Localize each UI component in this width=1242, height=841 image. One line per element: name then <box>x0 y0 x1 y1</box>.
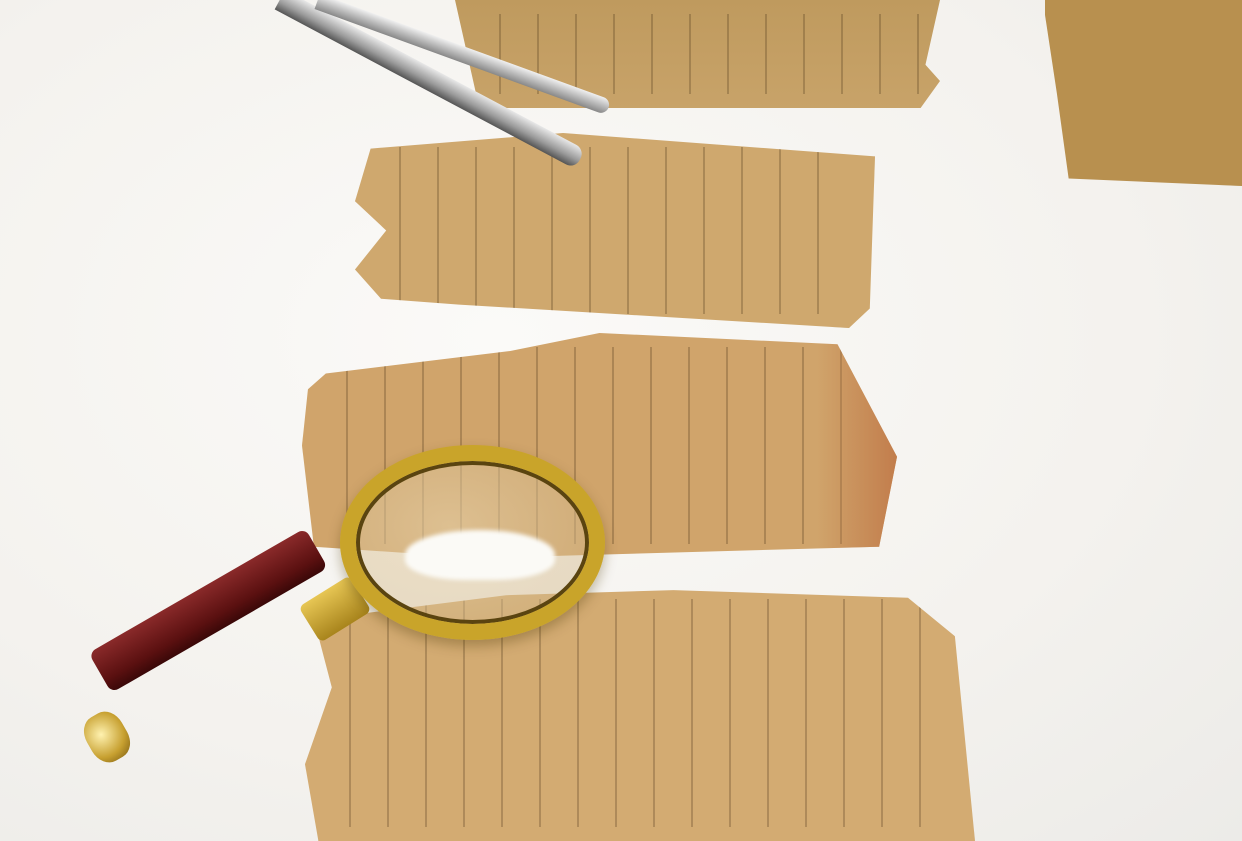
lens-highlight <box>405 530 555 580</box>
magnifier-end-cap <box>77 705 137 768</box>
magnifier-handle <box>89 528 329 693</box>
water-stain <box>817 333 897 558</box>
manuscript-fragment-second <box>355 133 875 328</box>
photo-scene <box>0 0 1242 841</box>
manuscript-fragment-top <box>455 0 940 108</box>
script-lines <box>375 147 855 314</box>
manuscript-fragment-top-right <box>1045 0 1242 186</box>
script-lines <box>325 599 955 827</box>
